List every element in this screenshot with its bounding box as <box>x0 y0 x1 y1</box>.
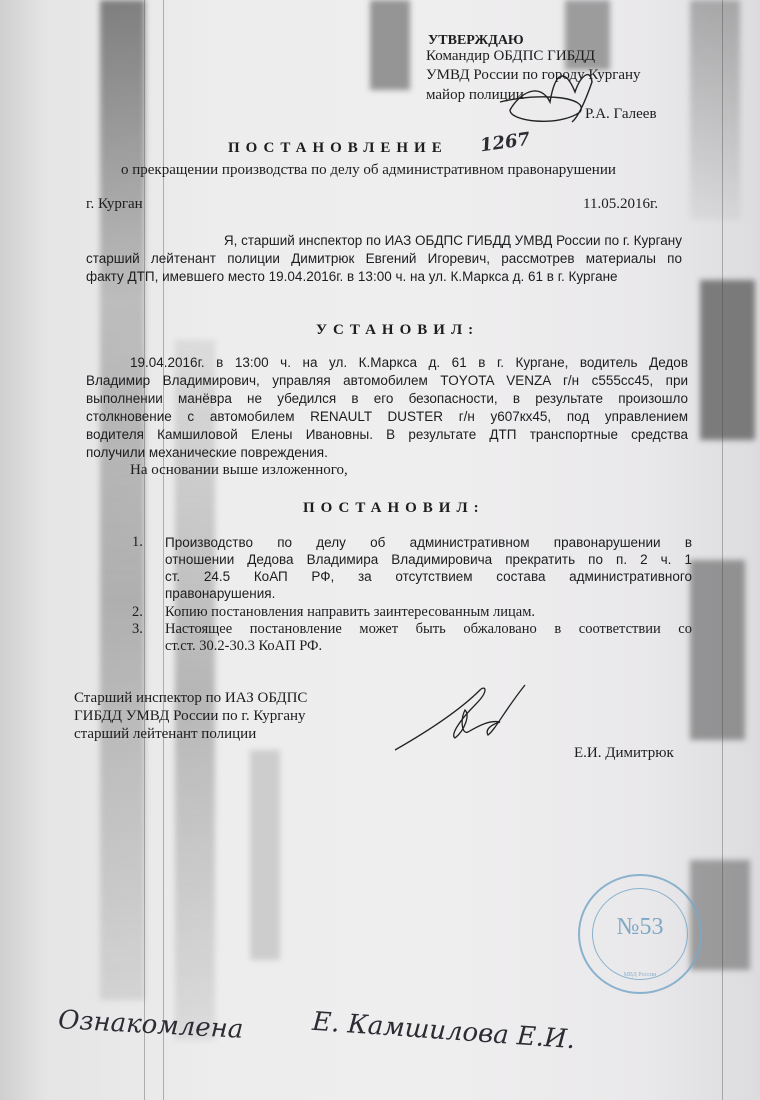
paragraph-line: водителя Камшиловой Елены Ивановны. В ре… <box>86 426 688 443</box>
decision-line: Настоящее постановление может быть обжал… <box>165 621 692 638</box>
paragraph-line: Я, старший инспектор по ИАЗ ОБДПС ГИБДД … <box>134 232 682 249</box>
document-title: ПОСТАНОВЛЕНИЕ <box>228 140 448 157</box>
decision-number: 2. <box>132 604 143 621</box>
scan-line <box>722 0 723 1100</box>
decision-line: ст. 24.5 КоАП РФ, за отсутствием состава… <box>165 568 692 585</box>
official-stamp: №53 МВД России <box>578 874 702 994</box>
signatory-line: старший лейтенант полиции <box>74 726 256 743</box>
paragraph-line: выполнении манёвра не убедился в его без… <box>86 390 688 407</box>
decision-line: Копию постановления направить заинтересо… <box>165 604 535 621</box>
signatory-line: Старший инспектор по ИАЗ ОБДПС <box>74 690 307 707</box>
signatory-name: Е.И. Димитрюк <box>574 745 674 762</box>
decision-line: отношении Дедова Владимира Владимировича… <box>165 551 692 568</box>
paragraph-line: старший лейтенант полиции Димитрюк Евген… <box>86 250 682 267</box>
decision-number: 1. <box>132 534 143 551</box>
approval-signature-icon <box>480 62 600 132</box>
decision-number: 3. <box>132 621 143 638</box>
signatory-line: ГИБДД УМВД России по г. Кургану <box>74 708 306 725</box>
decision-line: правонарушения. <box>165 585 275 602</box>
document-date: 11.05.2016г. <box>583 196 658 213</box>
decision-line: ст.ст. 30.2-30.3 КоАП РФ. <box>165 638 322 655</box>
stamp-number: №53 <box>580 914 700 941</box>
decision-line: Производство по делу об административном… <box>165 534 692 551</box>
stamp-bottom-text: МВД России <box>580 972 700 978</box>
basis-line: На основании выше изложенного, <box>130 462 348 479</box>
paragraph-line: факту ДТП, имевшего место 19.04.2016г. в… <box>86 268 618 285</box>
paragraph-line: Владимир Владимирович, управляя автомоби… <box>86 372 688 389</box>
inspector-signature-icon <box>390 680 540 760</box>
paragraph-line: получили механические повреждения. <box>86 444 328 461</box>
document-subtitle: о прекращении производства по делу об ад… <box>121 162 616 179</box>
approval-heading: УТВЕРЖДАЮ <box>428 32 524 49</box>
paragraph-line: столкновение с автомобилем RENAULT DUSTE… <box>86 408 688 425</box>
paragraph-line: 19.04.2016г. в 13:00 ч. на ул. К.Маркса … <box>130 354 688 371</box>
established-heading: УСТАНОВИЛ: <box>316 322 479 339</box>
decided-heading: ПОСТАНОВИЛ: <box>303 500 485 517</box>
city: г. Курган <box>86 196 143 213</box>
